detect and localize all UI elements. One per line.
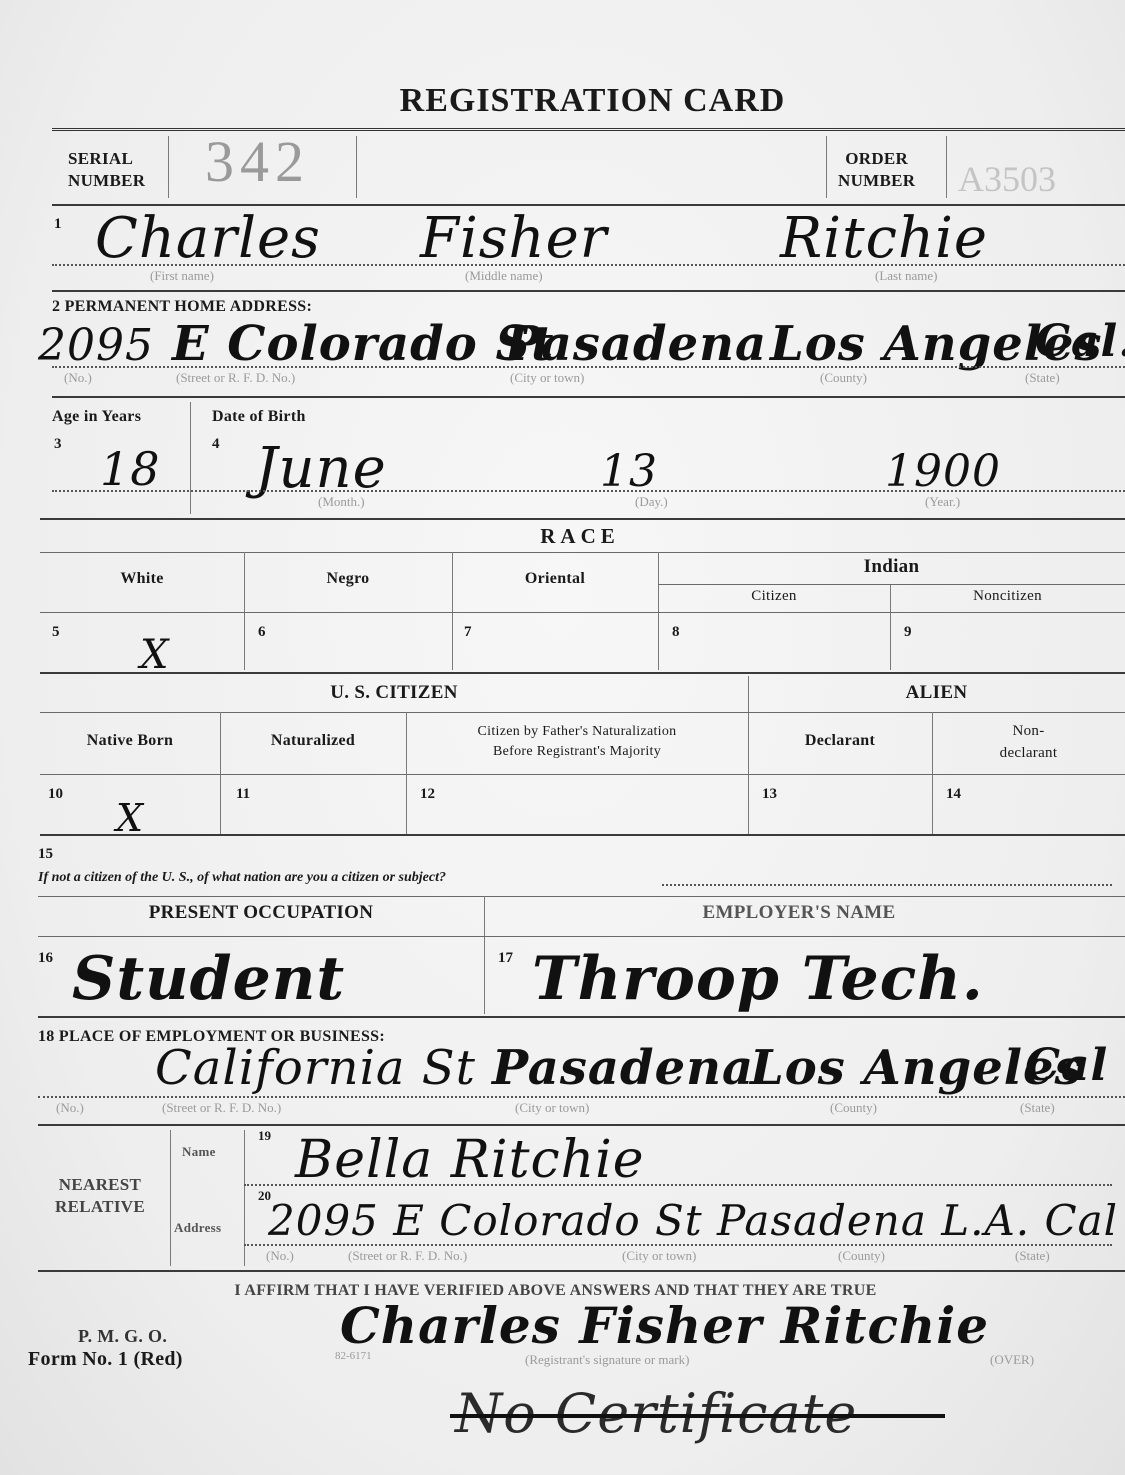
age-value: 18 <box>100 442 161 496</box>
field-number: 9 <box>904 624 912 641</box>
birth-label: Date of Birth <box>212 408 306 426</box>
rule <box>52 290 1125 292</box>
field-number: 1 <box>54 216 62 233</box>
race-white-label: White <box>40 570 244 588</box>
field-number: 12 <box>420 786 435 803</box>
field-number: 4 <box>212 436 220 453</box>
caption-month: (Month.) <box>318 494 365 510</box>
fill-line <box>662 884 1112 886</box>
alien-heading: ALIEN <box>748 682 1125 704</box>
divider <box>484 896 485 1014</box>
rule <box>40 672 1125 674</box>
form-number-label: Form No. 1 (Red) <box>28 1348 183 1371</box>
rule <box>52 396 1125 398</box>
fill-line <box>52 490 1125 492</box>
middle-name: Fisher <box>420 206 607 271</box>
caption-no: (No.) <box>56 1100 84 1116</box>
race-indian-citizen-label: Citizen <box>658 588 890 605</box>
rule <box>38 1124 1125 1126</box>
field-number: 15 <box>38 846 53 863</box>
divider <box>356 136 357 198</box>
last-name-caption: (Last name) <box>875 268 937 284</box>
fathers-naturalization-label: Citizen by Father's Naturalization Befor… <box>406 722 748 762</box>
field-number: 19 <box>258 1128 271 1144</box>
caption-street: (Street or R. F. D. No.) <box>176 370 295 386</box>
home-address-street: E Colorado St <box>172 316 554 372</box>
rule <box>658 584 1125 585</box>
occupation-heading: PRESENT OCCUPATION <box>38 902 484 924</box>
strike-through-line <box>450 1414 945 1418</box>
field-number: 17 <box>498 950 513 967</box>
fill-line <box>52 264 1125 266</box>
card-title: REGISTRATION CARD <box>0 82 1125 120</box>
rule <box>40 834 1125 836</box>
print-code: 82-6171 <box>335 1350 372 1362</box>
caption-city: (City or town) <box>622 1248 696 1264</box>
rule <box>38 1016 1125 1018</box>
registrant-signature: Charles Fisher Ritchie <box>340 1296 989 1355</box>
field-number: 10 <box>48 786 63 803</box>
divider <box>168 136 169 198</box>
rule <box>38 936 1125 937</box>
field-number: 16 <box>38 950 53 967</box>
caption-day: (Day.) <box>635 494 668 510</box>
caption-city: (City or town) <box>510 370 584 386</box>
middle-name-caption: (Middle name) <box>465 268 543 284</box>
last-name: Ritchie <box>780 206 988 271</box>
rule <box>40 774 1125 775</box>
rule <box>40 552 1125 553</box>
caption-county: (County) <box>830 1100 877 1116</box>
caption-street: (Street or R. F. D. No.) <box>162 1100 281 1116</box>
divider <box>826 136 827 198</box>
relative-name-label: Name <box>182 1144 216 1160</box>
field-number: 7 <box>464 624 472 641</box>
fill-line <box>38 1096 1125 1098</box>
field-number: 5 <box>52 624 60 641</box>
caption-no: (No.) <box>266 1248 294 1264</box>
first-name-caption: (First name) <box>150 268 214 284</box>
fill-line <box>244 1244 1112 1246</box>
race-negro-label: Negro <box>244 570 452 588</box>
divider <box>946 136 947 198</box>
employment-state: Cal <box>1025 1040 1108 1091</box>
divider <box>220 712 221 834</box>
declarant-label: Declarant <box>748 732 932 750</box>
caption-no: (No.) <box>64 370 92 386</box>
us-citizen-heading: U. S. CITIZEN <box>40 682 748 704</box>
field-number: 14 <box>946 786 961 803</box>
field-number: 13 <box>762 786 777 803</box>
first-name: Charles <box>95 206 321 271</box>
field-number: 6 <box>258 624 266 641</box>
employment-city: Pasadena <box>492 1040 754 1096</box>
rule <box>38 1270 1125 1272</box>
caption-year: (Year.) <box>925 494 960 510</box>
relative-address: 2095 E Colorado St Pasadena L.A. Cal <box>268 1196 1118 1245</box>
caption-city: (City or town) <box>515 1100 589 1116</box>
serial-label: SERIAL NUMBER <box>68 148 145 192</box>
employer-value: Throop Tech. <box>532 944 984 1014</box>
race-oriental-label: Oriental <box>452 570 658 588</box>
caption-street: (Street or R. F. D. No.) <box>348 1248 467 1264</box>
divider <box>748 676 749 834</box>
divider <box>190 402 191 514</box>
native-born-label: Native Born <box>40 732 220 750</box>
rule <box>40 518 1125 520</box>
race-indian-noncitizen-label: Noncitizen <box>890 588 1125 605</box>
field-number: 8 <box>672 624 680 641</box>
non-declarant-label: Non- declarant <box>932 720 1125 764</box>
rule <box>40 612 1125 613</box>
home-address-state: Cal. <box>1035 316 1125 367</box>
signature-caption: (Registrant's signature or mark) <box>525 1352 689 1368</box>
caption-state: (State) <box>1015 1248 1050 1264</box>
field-number: 3 <box>54 436 62 453</box>
nation-question: If not a citizen of the U. S., of what n… <box>38 870 446 886</box>
divider <box>170 1130 171 1266</box>
registration-card: REGISTRATION CARD SERIAL NUMBER 342 ORDE… <box>0 0 1125 1475</box>
employer-heading: EMPLOYER'S NAME <box>486 902 1112 924</box>
occupation-value: Student <box>72 944 345 1014</box>
fill-line <box>244 1184 1112 1186</box>
order-label: ORDER NUMBER <box>838 148 915 192</box>
field-number: 11 <box>236 786 250 803</box>
rule <box>40 712 1125 713</box>
over-label: (OVER) <box>990 1352 1034 1368</box>
home-address-city: Pasadena <box>505 316 767 372</box>
nearest-relative-label: NEAREST RELATIVE <box>38 1174 162 1218</box>
home-address-label: 2 PERMANENT HOME ADDRESS: <box>52 298 312 316</box>
employment-street: California St <box>155 1040 476 1096</box>
rule <box>38 896 1125 897</box>
relative-name: Bella Ritchie <box>295 1130 644 1190</box>
order-number: A3503 <box>958 158 1056 200</box>
age-label: Age in Years <box>52 408 141 426</box>
pmgo-label: P. M. G. O. <box>78 1326 167 1347</box>
caption-county: (County) <box>838 1248 885 1264</box>
caption-county: (County) <box>820 370 867 386</box>
caption-state: (State) <box>1025 370 1060 386</box>
naturalized-label: Naturalized <box>220 732 406 750</box>
fill-line <box>52 366 1125 368</box>
relative-address-label: Address <box>174 1220 221 1236</box>
race-heading: RACE <box>480 524 680 549</box>
race-indian-heading: Indian <box>658 556 1125 578</box>
caption-state: (State) <box>1020 1100 1055 1116</box>
serial-number: 342 <box>205 128 310 195</box>
home-address-no: 2095 <box>38 320 154 371</box>
